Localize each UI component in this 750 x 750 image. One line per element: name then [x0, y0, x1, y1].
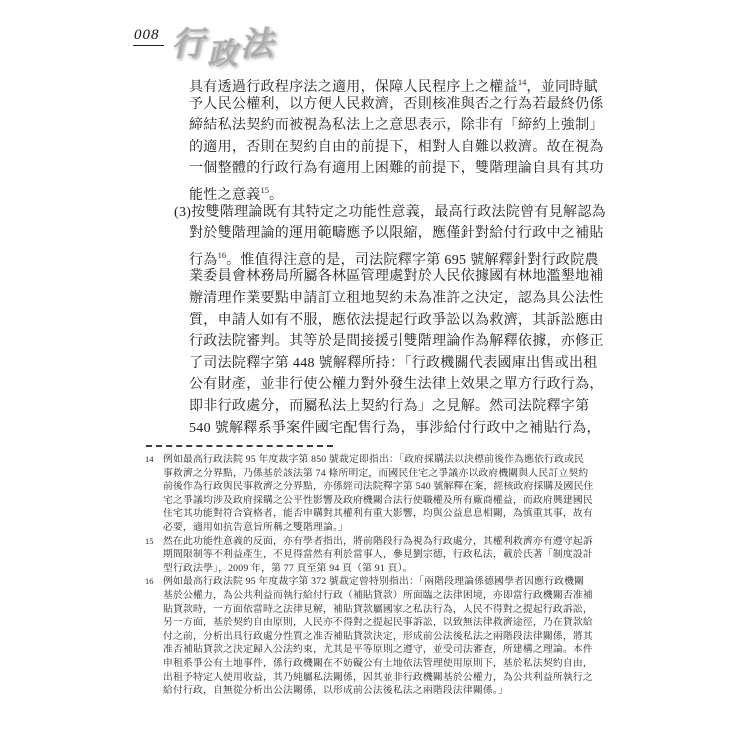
footnote-ref-15: 15	[261, 185, 270, 195]
body-text-segment: ，並同時賦	[526, 80, 598, 95]
footnote-line: 必要，適用如抗告意旨所稱之雙階理論。」	[163, 521, 613, 535]
body-text-line: 締結私法契約而被視為私法上之意思表示，除非有「締約上強制」	[174, 115, 604, 137]
body-text-line: 了司法院釋字第 448 號解釋所持：「行政機關代表國庫出售或出租	[174, 353, 604, 375]
body-text-line: 能性之意義15。	[174, 180, 604, 202]
footnote-line: 付之前，分析出具行政處分性質之准否補貼貸款決定，形成前公法後私法之兩階段法律關係…	[163, 630, 613, 644]
footnote-line: 另一方面，基於契約自由原則，人民亦不得對之提起民事訴訟，以致無法律救濟途徑，乃在…	[163, 616, 613, 630]
body-text-line: 予人民公權利，以方便人民救濟，否則核准與否之行為若最終仍係	[174, 94, 604, 116]
body-text-line: 行政法院審判。其等於是間接援引雙階理論作為解釋依據，亦修正	[174, 331, 604, 353]
body-text-line: 行為16。惟值得注意的是，司法院釋字第 695 號解釋針對行政院農	[174, 245, 604, 267]
body-text-line: 具有透過行政程序法之適用，保障人民程序上之權益14，並同時賦	[174, 72, 604, 94]
book-title: 行政法	[171, 18, 276, 65]
footnote-text: 例如最高行政法院 95 年度裁字第 850 號裁定即指出：「政府採購法以決標前後…	[163, 453, 613, 535]
body-text-line: 即非行政處分，而屬私法上契約行為」之見解。然司法院釋字第	[174, 396, 604, 418]
body-text-segment: 。	[269, 188, 283, 203]
footnote-ref-16: 16	[218, 250, 227, 260]
body-text-line: 一個整體的行政行為有適用上困難的前提下，雙階理論自具有其功	[174, 158, 604, 180]
footnote-line: 前後作為行政與民事救濟之分界點，亦係經司法院釋字第 540 號解釋在案，經核政府…	[163, 480, 613, 494]
footnote-line: 貼貸款時，一方面依當時之法律見解，補貼貸款屬國家之私法行為，人民不得對之提起行政…	[163, 603, 613, 617]
footnote-line: 住宅其功能對符合資格者，能否申購對其權利有重大影響，均與公益息息相關，為慎重其事…	[163, 507, 613, 521]
footnote-14: 14 例如最高行政法院 95 年度裁字第 850 號裁定即指出：「政府採購法以決…	[145, 453, 613, 535]
book-title-char: 法	[239, 17, 277, 65]
body-text-line: 公有財產，並非行使公權力對外發生法律上效果之單方行政行為，	[174, 374, 604, 396]
book-page: 008行政法 具有透過行政程序法之適用，保障人民程序上之權益14，並同時賦 予人…	[0, 0, 750, 750]
body-text-line: 的適用，否則在契約自由的前提下，相對人自難以救濟。故在視為	[174, 137, 604, 159]
page-number: 008	[133, 27, 164, 46]
footnote-line: 出租予特定人使用收益，其乃純屬私法關係，因其並非行政機關基於公權力，為公共利益所…	[163, 671, 613, 685]
body-text-line: 對於雙階理論的運用範疇應予以限縮，應僅針對給付行政中之補貼	[174, 223, 604, 245]
footnote-15: 15 然在此功能性意義的反面，亦有學者指出，將前階段行為視為行政處分，其權利救濟…	[145, 535, 613, 576]
book-title-char: 行	[170, 17, 208, 65]
footnote-line: 基於公權力，為公共利益而執行給付行政（補貼貸款）所面臨之法律困境，亦即當行政機關…	[163, 589, 613, 603]
footnote-separator	[146, 445, 333, 447]
footnote-line: 申租系爭公有土地事件，係行政機關在不妨礙公有土地依法管理使用原則下，基於私法契約…	[163, 657, 613, 671]
body-text-line-paragraph-3-start: (3)按雙階理論既有其特定之功能性意義，最高行政法院曾有見解認為	[174, 202, 604, 224]
body-text-segment: 具有透過行政程序法之適用，保障人民程序上之權益	[189, 80, 518, 95]
footnote-16: 16 例如最高行政法院 95 年度裁字第 372 號裁定曾特別指出：「兩階段理論…	[145, 575, 613, 697]
book-title-char: 政	[206, 28, 241, 73]
footnote-line: 期間限制等不利益產生，不見得當然有利於當事人，參見劉宗德，行政私法，載於氏著「制…	[163, 548, 613, 562]
footnote-text: 例如最高行政法院 95 年度裁字第 372 號裁定曾特別指出：「兩階段理論係德國…	[163, 575, 613, 697]
footnote-line: 給付行政，自無從分析出公法關係，以形成前公法後私法之兩階段法律關係。」	[163, 684, 613, 698]
body-text-segment: 能性之意義	[189, 188, 261, 203]
footnote-line: 宅之爭議均涉及政府採購之公平性影響及政府機關合法行使職權及所有廠商權益，而政府興…	[163, 494, 613, 508]
page-header: 008行政法	[133, 18, 276, 65]
footnotes-section: 14 例如最高行政法院 95 年度裁字第 850 號裁定即指出：「政府採購法以決…	[145, 445, 613, 698]
body-text-line: 辦清理作業要點申請訂立租地契約未為准許之決定，認為具公法性	[174, 288, 604, 310]
footnote-line: 例如最高行政法院 95 年度裁字第 850 號裁定即指出：「政府採購法以決標前後…	[163, 453, 613, 467]
footnote-number: 16	[145, 575, 163, 586]
footnote-number: 14	[145, 453, 163, 464]
footnote-number: 15	[145, 535, 163, 546]
footnote-line: 准否補貼貸款之決定歸入公法約束，尤其是平等原則之遵守，並受司法審查，所建構之理論…	[163, 643, 613, 657]
body-text-line: 540 號解釋系爭案件國宅配售行為，事涉給付行政中之補貼行為，	[174, 418, 604, 440]
footnote-line: 例如最高行政法院 95 年度裁字第 372 號裁定曾特別指出：「兩階段理論係德國…	[163, 575, 613, 589]
body-text-line: 業委員會林務局所屬各林區管理處對於人民依據國有林地濫墾地補	[174, 266, 604, 288]
footnote-line: 然在此功能性意義的反面，亦有學者指出，將前階段行為視為行政處分，其權利救濟亦有遵…	[163, 535, 613, 549]
footnote-line: 事救濟之分界點，乃係基於該法第 74 條所明定，而國民住宅之爭議亦以政府機關與人…	[163, 467, 613, 481]
body-text-line: 質，申請人如有不服，應依法提起行政爭訟以為救濟，其訴訟應由	[174, 310, 604, 332]
footnote-text: 然在此功能性意義的反面，亦有學者指出，將前階段行為視為行政處分，其權利救濟亦有遵…	[163, 535, 613, 576]
footnote-line: 型行政法學」，2009 年，第 77 頁至第 94 頁（第 91 頁）。	[163, 562, 613, 576]
body-text: 具有透過行政程序法之適用，保障人民程序上之權益14，並同時賦 予人民公權利，以方…	[174, 72, 604, 439]
